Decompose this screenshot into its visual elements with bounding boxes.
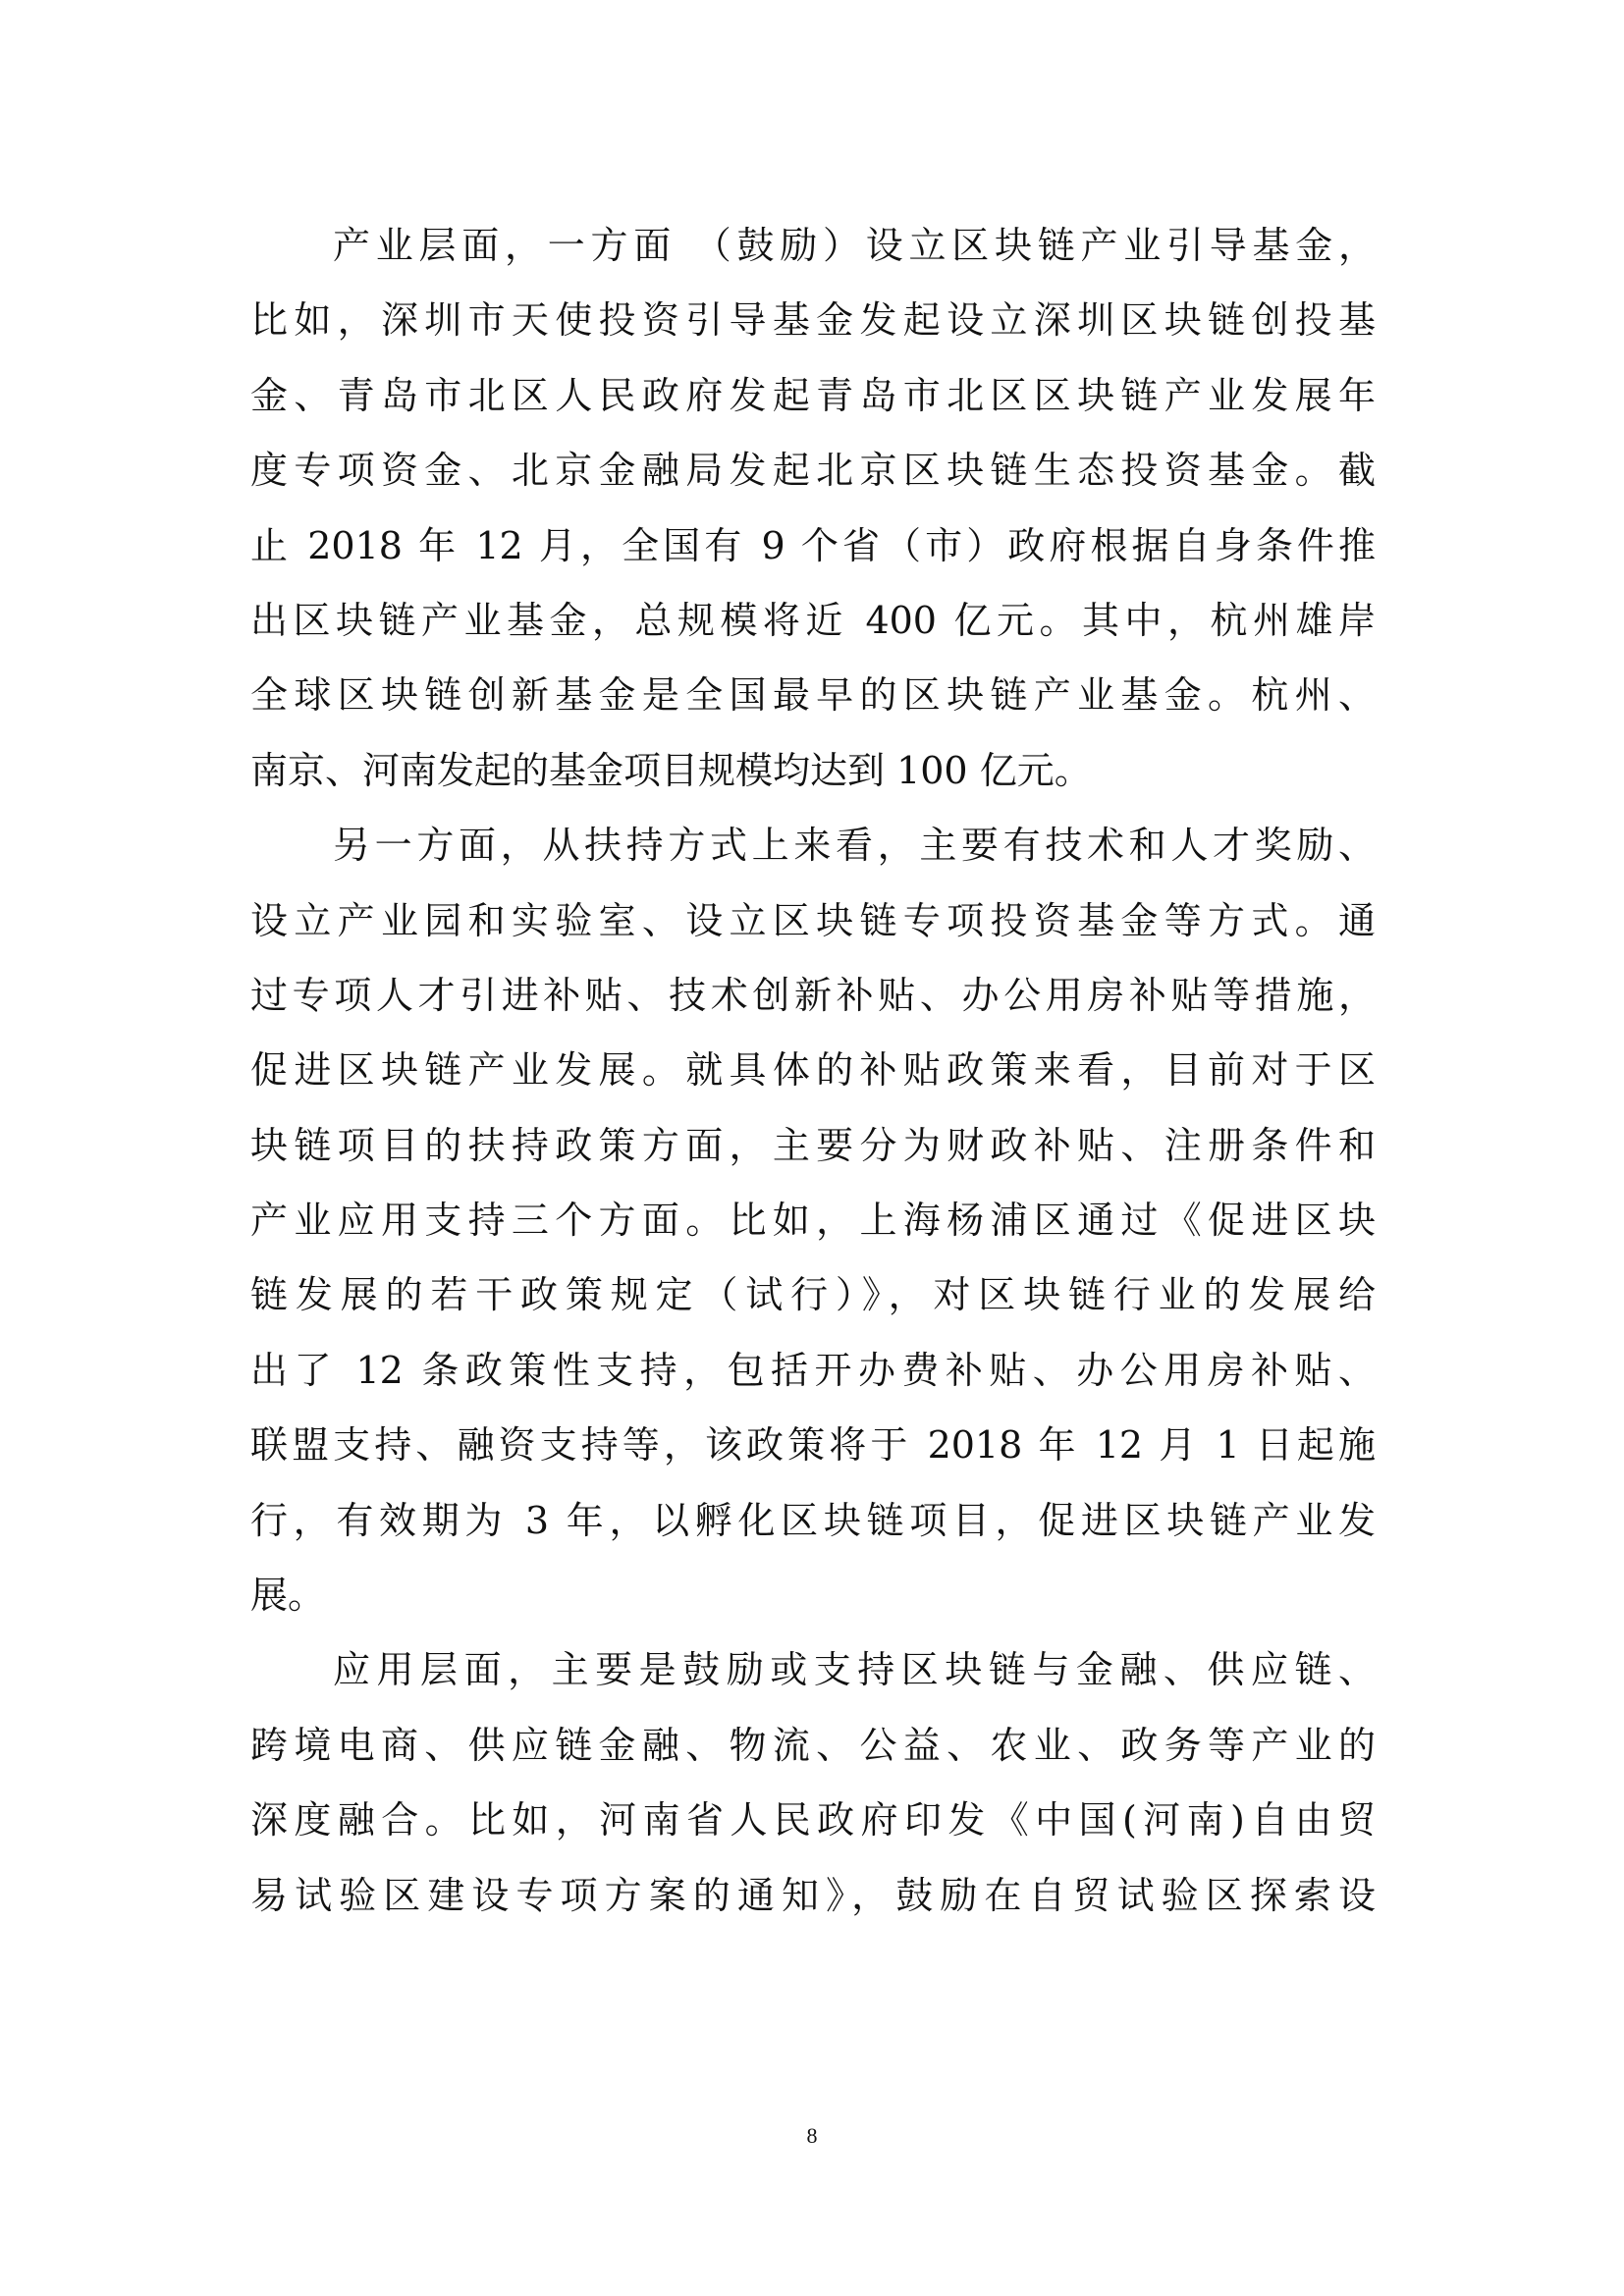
text-line: 促进区块链产业发展。就具体的补贴政策来看，目前对于区 bbox=[250, 1042, 1376, 1117]
text-line: 另一方面，从扶持方式上来看，主要有技术和人才奖励、 bbox=[250, 818, 1376, 892]
text-line: 易试验区建设专项方案的通知》，鼓励在自贸试验区探索设 bbox=[250, 1868, 1376, 1943]
text-line: 出了 12 条政策性支持，包括开办费补贴、办公用房补贴、 bbox=[250, 1343, 1376, 1417]
text-line: 产业层面，一方面 （鼓励）设立区块链产业引导基金， bbox=[250, 218, 1376, 293]
text-line: 块链项目的扶持政策方面，主要分为财政补贴、注册条件和 bbox=[250, 1118, 1376, 1193]
text-line: 产业应用支持三个方面。比如，上海杨浦区通过《促进区块 bbox=[250, 1193, 1376, 1267]
text-line: 联盟支持、融资支持等，该政策将于 2018 年 12 月 1 日起施 bbox=[250, 1417, 1376, 1492]
text-line: 出区块链产业基金，总规模将近 400 亿元。其中，杭州雄岸 bbox=[250, 593, 1376, 667]
text-line: 链发展的若干政策规定（试行）》，对区块链行业的发展给 bbox=[250, 1267, 1376, 1342]
document-page: 产业层面，一方面 （鼓励）设立区块链产业引导基金， 比如，深圳市天使投资引导基金… bbox=[0, 0, 1624, 2296]
text-line: 设立产业园和实验室、设立区块链专项投资基金等方式。通 bbox=[250, 893, 1376, 968]
body-text: 产业层面，一方面 （鼓励）设立区块链产业引导基金， 比如，深圳市天使投资引导基金… bbox=[250, 218, 1376, 1943]
text-line: 南京、河南发起的基金项目规模均达到 100 亿元。 bbox=[250, 743, 1376, 818]
text-line: 行，有效期为 3 年，以孵化区块链项目，促进区块链产业发 bbox=[250, 1493, 1376, 1568]
text-line: 金、青岛市北区人民政府发起青岛市北区区块链产业发展年 bbox=[250, 368, 1376, 443]
page-number: 8 bbox=[0, 2123, 1624, 2149]
text-line: 比如，深圳市天使投资引导基金发起设立深圳区块链创投基 bbox=[250, 293, 1376, 367]
text-line: 深度融合。比如，河南省人民政府印发《中国(河南)自由贸 bbox=[250, 1792, 1376, 1867]
text-line: 应用层面，主要是鼓励或支持区块链与金融、供应链、 bbox=[250, 1642, 1376, 1717]
text-line: 展。 bbox=[250, 1568, 1376, 1642]
text-line: 跨境电商、供应链金融、物流、公益、农业、政务等产业的 bbox=[250, 1718, 1376, 1792]
text-line: 过专项人才引进补贴、技术创新补贴、办公用房补贴等措施， bbox=[250, 968, 1376, 1042]
text-line: 全球区块链创新基金是全国最早的区块链产业基金。杭州、 bbox=[250, 667, 1376, 742]
text-line: 止 2018 年 12 月，全国有 9 个省（市）政府根据自身条件推 bbox=[250, 518, 1376, 593]
text-line: 度专项资金、北京金融局发起北京区块链生态投资基金。截 bbox=[250, 443, 1376, 517]
